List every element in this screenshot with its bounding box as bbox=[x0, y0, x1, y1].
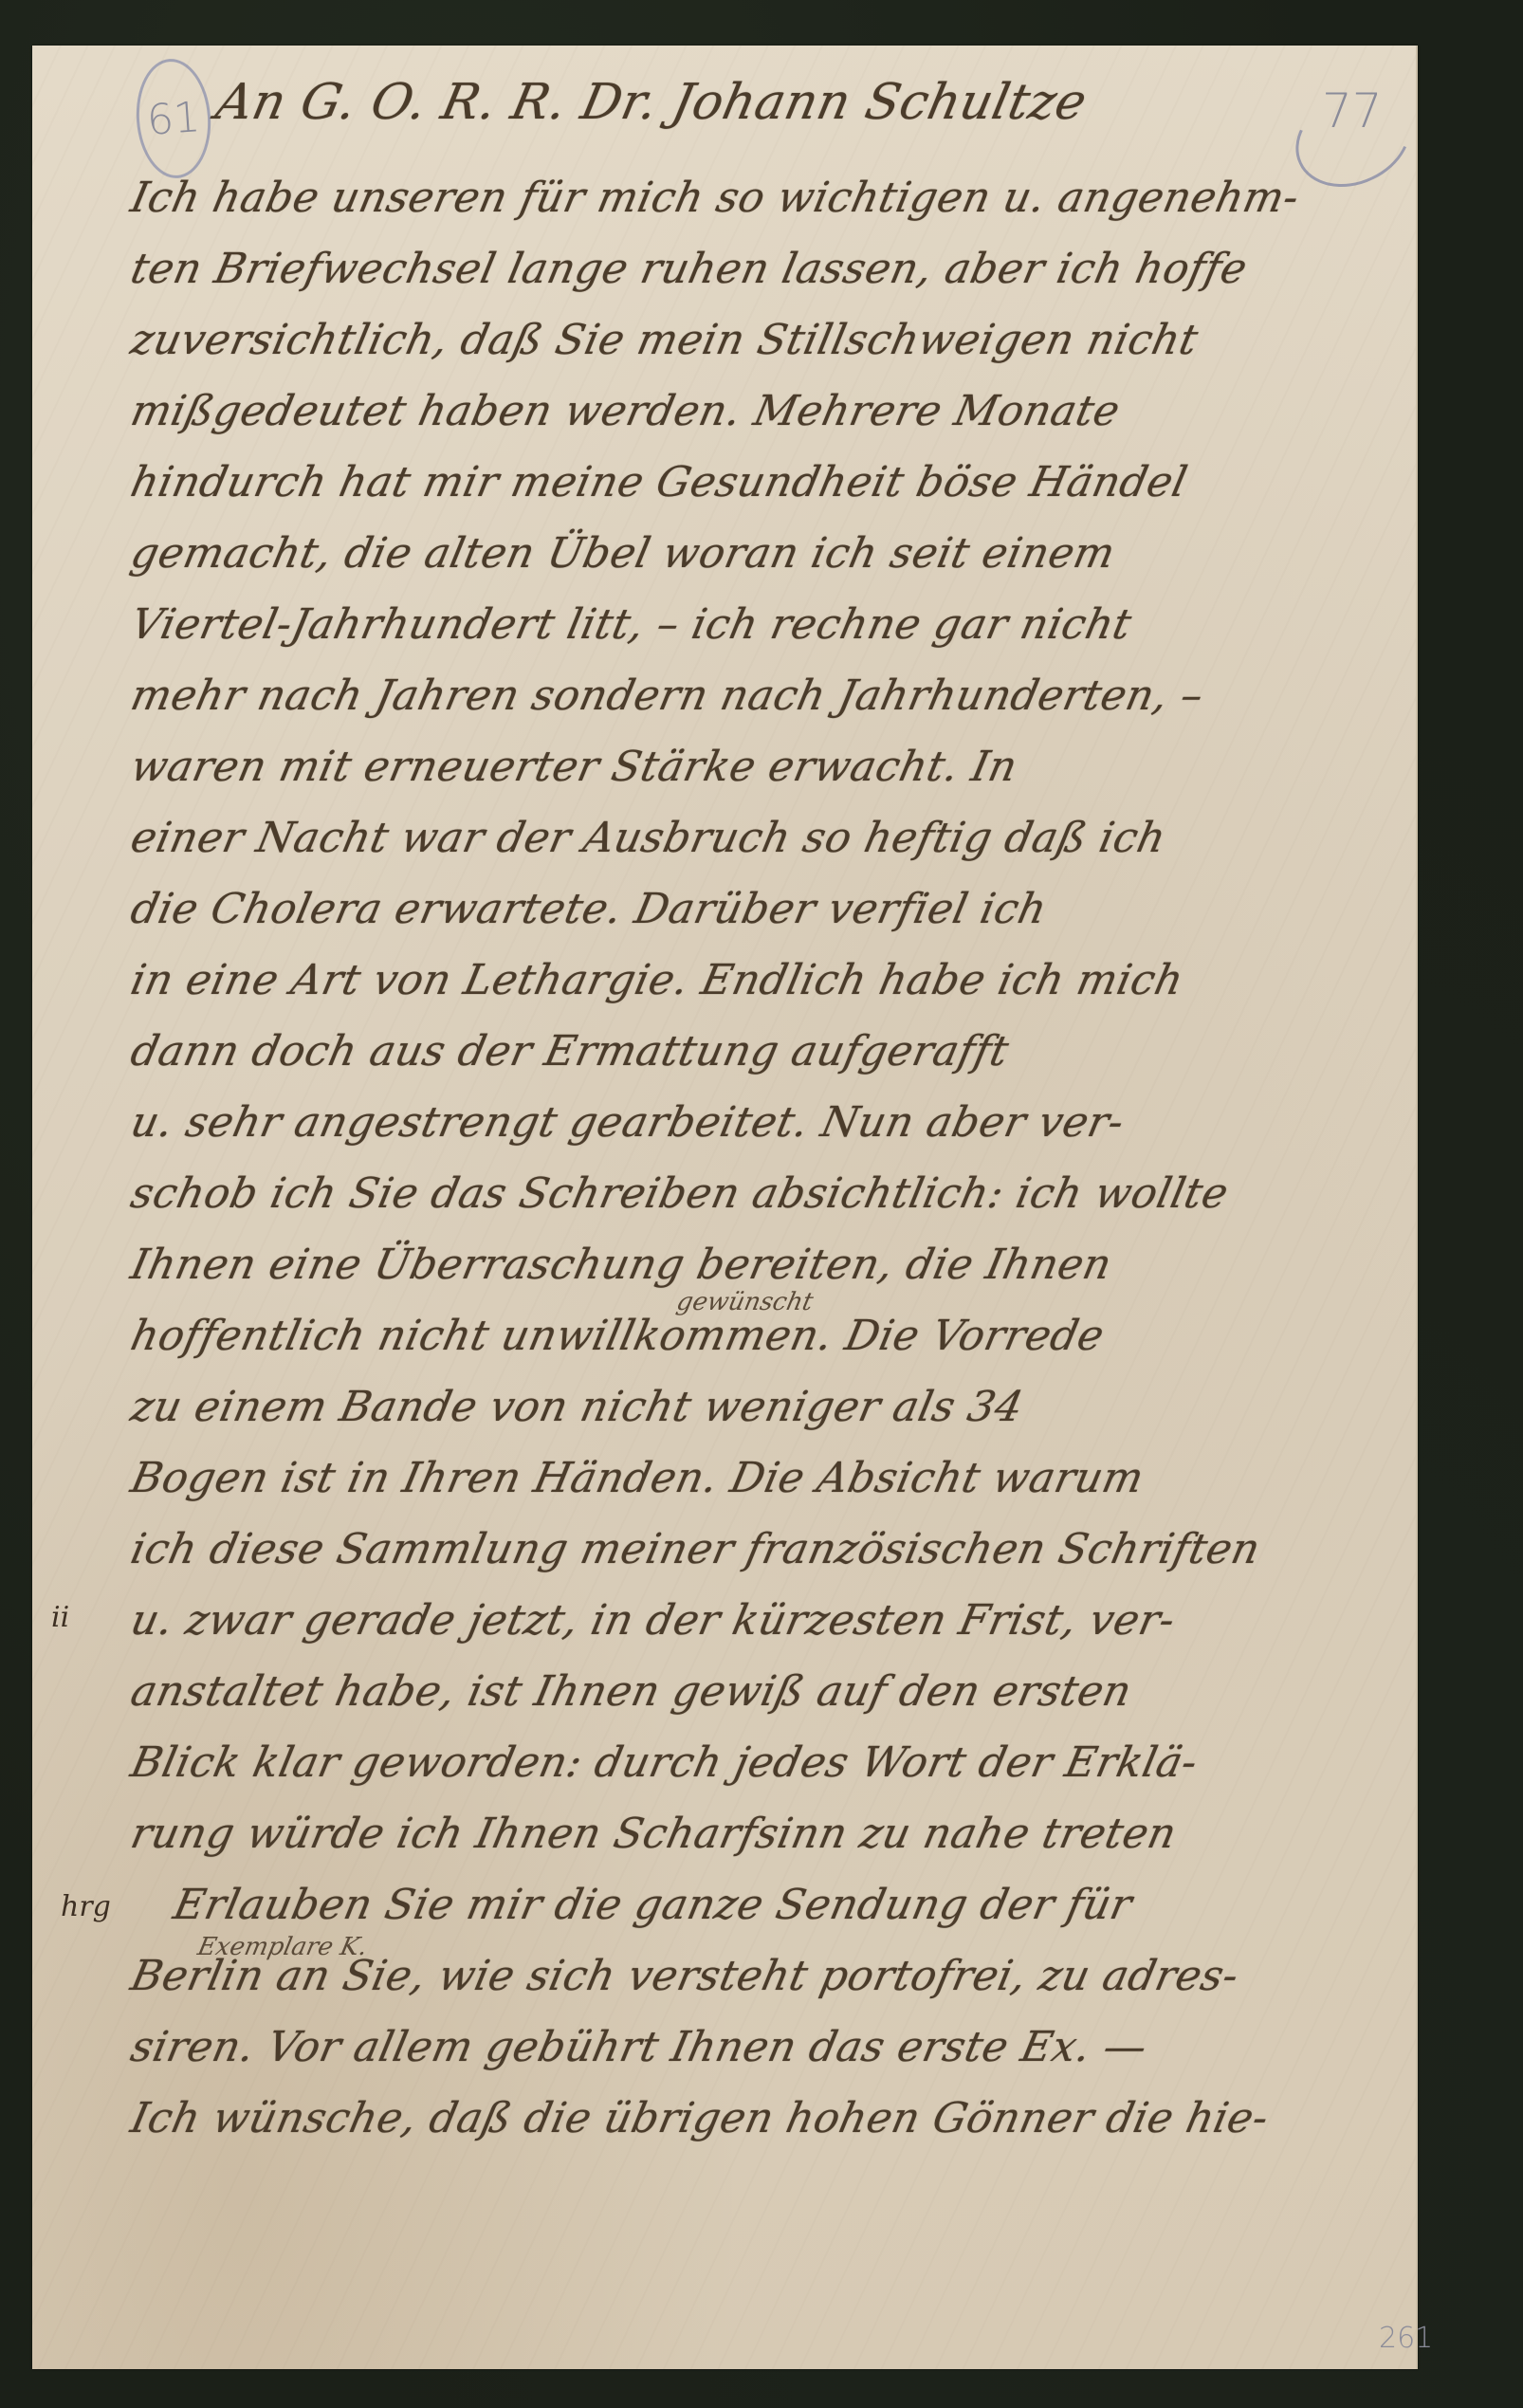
letter-line: Erlauben Sie mir die ganze Sendung der f… bbox=[170, 1881, 1137, 1929]
letter-line: die Cholera erwartete. Darüber verfiel i… bbox=[127, 885, 1052, 933]
folio-number-top-right: 77 bbox=[1322, 83, 1383, 138]
letter-line: waren mit erneuerter Stärke erwacht. In bbox=[127, 743, 1022, 791]
margin-mark: hrg bbox=[61, 1890, 111, 1923]
letter-line: mehr nach Jahren sondern nach Jahrhunder… bbox=[127, 671, 1208, 720]
margin-mark: ii bbox=[51, 1601, 69, 1634]
letter-line: siren. Vor allem gebührt Ihnen das erste… bbox=[127, 2023, 1152, 2071]
letter-line: Ich habe unseren für mich so wichtigen u… bbox=[127, 174, 1304, 222]
letter-line: Viertel-Jahrhundert litt, – ich rechne g… bbox=[127, 600, 1136, 649]
letter-line: Bogen ist in Ihren Händen. Die Absicht w… bbox=[127, 1454, 1148, 1502]
letter-line: hindurch hat mir meine Gesundheit böse H… bbox=[127, 458, 1192, 506]
folio-number-circled: 61 bbox=[133, 56, 215, 180]
letter-line: einer Nacht war der Ausbruch so heftig d… bbox=[127, 814, 1171, 862]
letter-line: gemacht, die alten Übel woran ich seit e… bbox=[127, 529, 1120, 578]
letter-line: ich diese Sammlung meiner französischen … bbox=[127, 1525, 1265, 1573]
letter-line: schob ich Sie das Schreiben absichtlich:… bbox=[127, 1169, 1233, 1218]
letter-line: Berlin an Sie, wie sich versteht portofr… bbox=[127, 1952, 1243, 2000]
letter-line: rung würde ich Ihnen Scharfsinn zu nahe … bbox=[127, 1810, 1182, 1858]
letter-salutation-header: An G. O. R. R. Dr. Johann Schultze bbox=[211, 74, 1092, 131]
letter-line: anstaltet habe, ist Ihnen gewiß auf den … bbox=[127, 1667, 1136, 1716]
folio-number-bottom-right: 261 bbox=[1379, 2322, 1433, 2355]
letter-line: zuversichtlich, daß Sie mein Stillschwei… bbox=[127, 316, 1202, 364]
letter-line: Ihnen eine Überraschung bereiten, die Ih… bbox=[127, 1241, 1116, 1289]
letter-line: zu einem Bande von nicht weniger als 34 bbox=[127, 1383, 1028, 1431]
folio-number-text: 61 bbox=[145, 93, 201, 145]
letter-page: 61 77 261 An G. O. R. R. Dr. Johann Schu… bbox=[32, 46, 1418, 2369]
letter-line: u. sehr angestrengt gearbeitet. Nun aber… bbox=[127, 1098, 1128, 1147]
letter-line: Ich wünsche, daß die übrigen hohen Gönne… bbox=[127, 2094, 1274, 2142]
letter-line: u. zwar gerade jetzt, in der kürzesten F… bbox=[127, 1596, 1180, 1645]
pencil-arc-mark bbox=[1280, 72, 1427, 205]
letter-line: ten Briefwechsel lange ruhen lassen, abe… bbox=[127, 245, 1252, 293]
letter-line: hoffentlich nicht unwillkommen. Die Vorr… bbox=[127, 1312, 1109, 1360]
letter-line: in eine Art von Lethargie. Endlich habe … bbox=[127, 956, 1188, 1004]
folio-number-text: 261 bbox=[1379, 2322, 1433, 2355]
letter-line: dann doch aus der Ermattung aufgerafft bbox=[127, 1027, 1014, 1075]
letter-line: mißgedeutet haben werden. Mehrere Monate bbox=[127, 387, 1125, 435]
letter-line: Blick klar geworden: durch jedes Wort de… bbox=[127, 1738, 1202, 1787]
